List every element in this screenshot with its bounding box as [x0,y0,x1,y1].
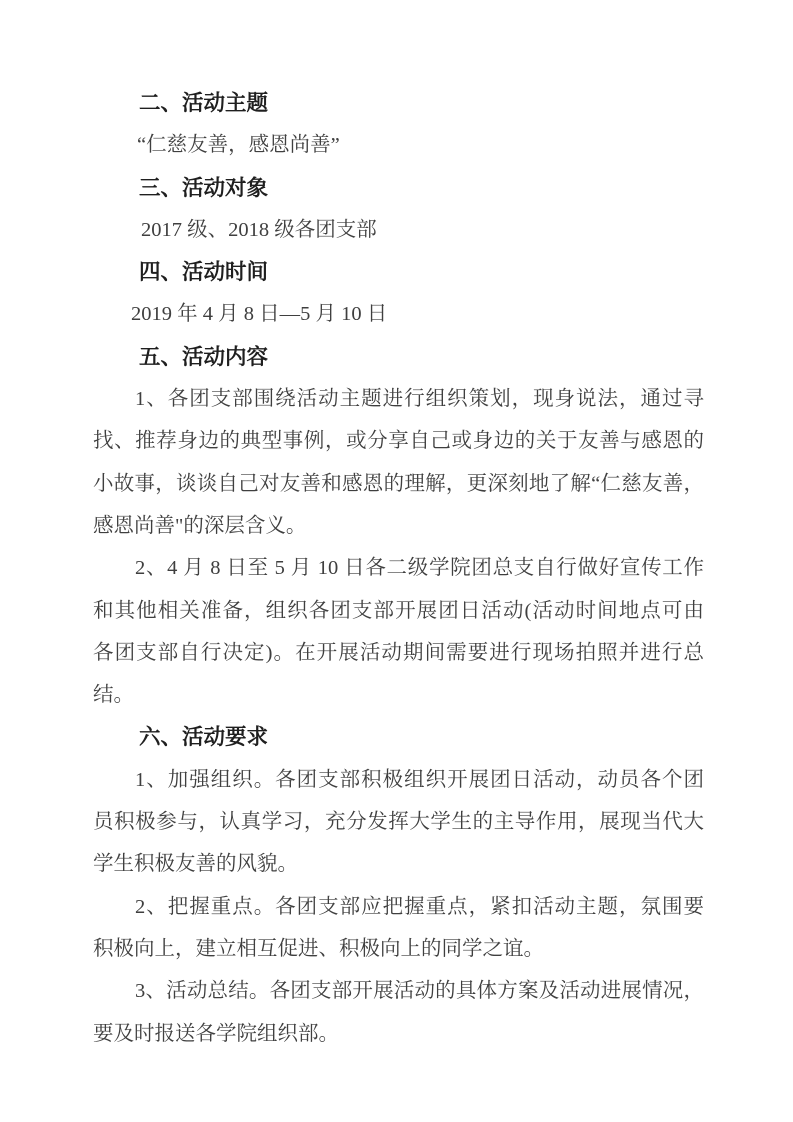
text-line: 1、加强组织。各团支部积极组织开展团日活动，动员各个团 [93,759,704,801]
text-line: “仁慈友善，感恩尚善” [93,124,704,166]
text-line: 结。 [93,674,704,716]
text-line: 员积极参与，认真学习，充分发挥大学生的主导作用，展现当代大 [93,801,704,843]
text-line: 1、各团支部围绕活动主题进行组织策划，现身说法，通过寻 [93,378,704,420]
section-heading: 六、活动要求 [93,716,704,758]
text-line: 3、活动总结。各团支部开展活动的具体方案及活动进展情况， [93,970,704,1012]
text-line: 各团支部自行决定)。在开展活动期间需要进行现场拍照并进行总 [93,632,704,674]
text-line: 找、推荐身边的典型事例，或分享自己或身边的关于友善与感恩的 [93,420,704,462]
text-line: 2017 级、2018 级各团支部 [93,209,704,251]
text-line: 2019 年 4 月 8 日—5 月 10 日 [93,293,704,335]
text-line: 积极向上，建立相互促进、积极向上的同学之谊。 [93,928,704,970]
text-line: 要及时报送各学院组织部。 [93,1013,704,1055]
text-line: 感恩尚善"的深层含义。 [93,505,704,547]
text-line: 和其他相关准备，组织各团支部开展团日活动(活动时间地点可由 [93,590,704,632]
text-line: 2、把握重点。各团支部应把握重点，紧扣活动主题，氛围要 [93,886,704,928]
section-heading: 二、活动主题 [93,82,704,124]
document-body: 二、活动主题“仁慈友善，感恩尚善”三、活动对象2017 级、2018 级各团支部… [93,82,704,1055]
text-line: 学生积极友善的风貌。 [93,843,704,885]
text-line: 2、4 月 8 日至 5 月 10 日各二级学院团总支自行做好宣传工作 [93,547,704,589]
document-page: 二、活动主题“仁慈友善，感恩尚善”三、活动对象2017 级、2018 级各团支部… [0,0,793,1122]
section-heading: 三、活动对象 [93,167,704,209]
text-line: 小故事，谈谈自己对友善和感恩的理解，更深刻地了解“仁慈友善， [93,463,704,505]
section-heading: 四、活动时间 [93,251,704,293]
section-heading: 五、活动内容 [93,336,704,378]
